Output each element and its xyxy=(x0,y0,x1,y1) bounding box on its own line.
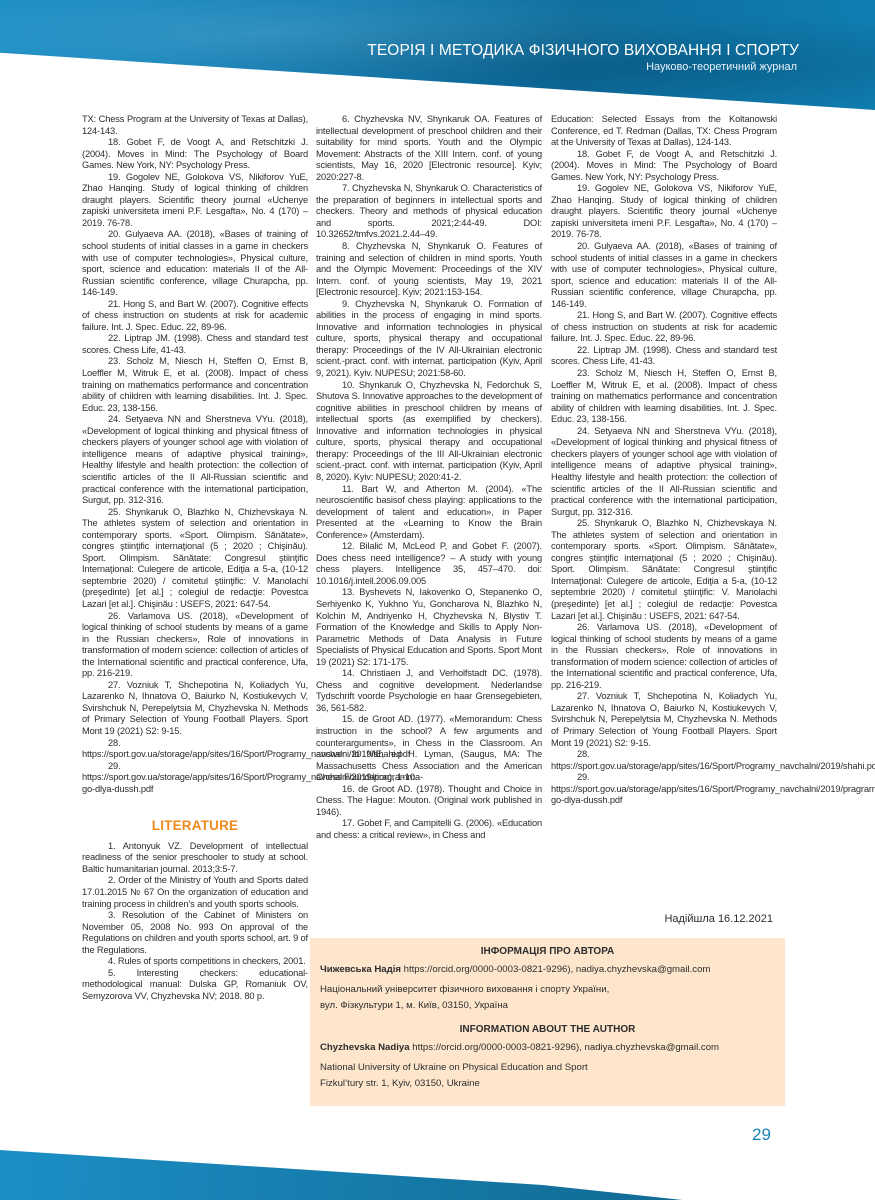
reference-entry: 7. Chyzhevska N, Shynkaruk O. Characteri… xyxy=(316,183,542,241)
column-3: Education: Selected Essays from the Kolt… xyxy=(551,114,777,807)
column-1: TX: Chess Program at the University of T… xyxy=(82,114,308,1002)
address-line: Fizkul’tury str. 1, Kyiv, 03150, Ukraine xyxy=(320,1076,775,1092)
author-name-en: Chyzhevska Nadiya xyxy=(320,1042,410,1053)
reference-entry: 4. Rules of sports competitions in check… xyxy=(82,956,308,968)
received-date: Надійшла 16.12.2021 xyxy=(551,913,773,925)
reference-entry: 20. Gulyaeva AA. (2018), «Bases of train… xyxy=(82,229,308,298)
reference-entry: 3. Resolution of the Cabinet of Minister… xyxy=(82,910,308,956)
reference-entry: 2. Order of the Ministry of Youth and Sp… xyxy=(82,875,308,910)
journal-subtitle: Науково-теоретичний журнал xyxy=(646,61,797,73)
reference-entry: 1. Antonyuk VZ. Development of intellect… xyxy=(82,841,308,876)
reference-entry: 29. https://sport.gov.ua/storage/app/sit… xyxy=(82,761,308,796)
reference-entry: 26. Varlamova US. (2018), «Development o… xyxy=(82,611,308,680)
reference-entry: 6. Chyzhevska NV, Shynkaruk OA. Features… xyxy=(316,114,542,183)
reference-entry: 9. Chyzhevska N, Shynkaruk O. Formation … xyxy=(316,299,542,380)
author-affiliation-ua: Національний університет фізичного вихов… xyxy=(320,982,775,1014)
reference-entry: 15. de Groot AD. (1977). «Memorandum: Ch… xyxy=(316,714,542,783)
author-contact-en: Chyzhevska Nadiya https://orcid.org/0000… xyxy=(320,1042,775,1053)
reference-entry: 23. Scholz M, Niesch H, Steffen O, Ernst… xyxy=(551,368,777,426)
reference-entry: 25. Shynkaruk O, Blazhko N, Chizhevskaya… xyxy=(551,518,777,622)
column-2: 6. Chyzhevska NV, Shynkaruk OA. Features… xyxy=(316,114,542,841)
reference-entry: 14. Christiaen J, and Verholfstadt DC. (… xyxy=(316,668,542,714)
literature-heading: LITERATURE xyxy=(82,820,308,832)
literature-list: 1. Antonyuk VZ. Development of intellect… xyxy=(82,841,308,1003)
literature-list-continued: Education: Selected Essays from the Kolt… xyxy=(551,114,777,807)
reference-entry: TX: Chess Program at the University of T… xyxy=(82,114,308,137)
literature-list-continued: 6. Chyzhevska NV, Shynkaruk OA. Features… xyxy=(316,114,542,841)
reference-entry: 25. Shynkaruk O, Blazhko N, Chizhevskaya… xyxy=(82,507,308,611)
affiliation-line: Національний університет фізичного вихов… xyxy=(320,982,775,998)
reference-entry: 24. Setyaeva NN and Sherstneva VYu. (201… xyxy=(551,426,777,518)
reference-entry: 23. Scholz M, Niesch H, Steffen O, Ernst… xyxy=(82,356,308,414)
reference-entry: 10. Shynkaruk O, Chyzhevska N, Fedorchuk… xyxy=(316,380,542,484)
reference-entry: 18. Gobet F, de Voogt A, and Retschitzki… xyxy=(551,149,777,184)
reference-entry: 11. Bart W, and Atherton M. (2004). «The… xyxy=(316,484,542,542)
author-orcid-email-en: https://orcid.org/0000-0003-0821-9296), … xyxy=(410,1042,719,1053)
reference-entry: 29. https://sport.gov.ua/storage/app/sit… xyxy=(551,772,777,807)
author-info-title-en: INFORMATION ABOUT THE AUTHOR xyxy=(320,1024,775,1035)
reference-entry: 27. Vozniuk T, Shchepotina N, Koliadych … xyxy=(82,680,308,738)
reference-entry: 16. de Groot AD. (1978). Thought and Cho… xyxy=(316,784,542,819)
author-info-title-ua: ІНФОРМАЦІЯ ПРО АВТОРА xyxy=(320,946,775,957)
reference-entry: 28. https://sport.gov.ua/storage/app/sit… xyxy=(551,749,777,772)
reference-entry: 5. Interesting checkers: educational-met… xyxy=(82,968,308,1003)
reference-entry: Education: Selected Essays from the Kolt… xyxy=(551,114,777,149)
reference-entry: 20. Gulyaeva AA. (2018), «Bases of train… xyxy=(551,241,777,310)
author-contact-ua: Чижевська Надія https://orcid.org/0000-0… xyxy=(320,964,775,975)
author-info-box: ІНФОРМАЦІЯ ПРО АВТОРА Чижевська Надія ht… xyxy=(310,938,785,1106)
references-list-continued: TX: Chess Program at the University of T… xyxy=(82,114,308,795)
author-orcid-email-ua: https://orcid.org/0000-0003-0821-9296), … xyxy=(401,964,710,975)
reference-entry: 28. https://sport.gov.ua/storage/app/sit… xyxy=(82,738,308,761)
reference-entry: 21. Hong S, and Bart W. (2007). Cognitiv… xyxy=(551,310,777,345)
reference-entry: 26. Varlamova US. (2018), «Development o… xyxy=(551,622,777,691)
reference-entry: 8. Chyzhevska N, Shynkaruk O. Features o… xyxy=(316,241,542,299)
footer-banner xyxy=(0,1150,875,1200)
reference-entry: 17. Gobet F, and Campitelli G. (2006). «… xyxy=(316,818,542,841)
reference-entry: 19. Gogolev NE, Golokova VS, Nikiforov Y… xyxy=(82,172,308,230)
reference-entry: 22. Liptrap JM. (1998). Chess and standa… xyxy=(551,345,777,368)
reference-entry: 13. Byshevets N, Iakovenko O, Stepanenko… xyxy=(316,587,542,668)
reference-entry: 27. Vozniuk T, Shchepotina N, Koliadych … xyxy=(551,691,777,749)
affiliation-line: National University of Ukraine on Physic… xyxy=(320,1060,775,1076)
journal-title: ТЕОРІЯ І МЕТОДИКА ФІЗИЧНОГО ВИХОВАННЯ І … xyxy=(367,42,799,60)
reference-entry: 22. Liptrap JM. (1998). Chess and standa… xyxy=(82,333,308,356)
reference-entry: 18. Gobet F, de Voogt A, and Retschitzki… xyxy=(82,137,308,172)
author-affiliation-en: National University of Ukraine on Physic… xyxy=(320,1060,775,1092)
address-line: вул. Фізкультури 1, м. Київ, 03150, Укра… xyxy=(320,998,775,1014)
reference-entry: 24. Setyaeva NN and Sherstneva VYu. (201… xyxy=(82,414,308,506)
reference-entry: 12. Bilalić M, McLeod P, and Gobet F. (2… xyxy=(316,541,542,587)
reference-entry: 19. Gogolev NE, Golokova VS, Nikiforov Y… xyxy=(551,183,777,241)
page-number: 29 xyxy=(752,1125,771,1145)
author-name-ua: Чижевська Надія xyxy=(320,964,401,975)
reference-entry: 21. Hong S, and Bart W. (2007). Cognitiv… xyxy=(82,299,308,334)
